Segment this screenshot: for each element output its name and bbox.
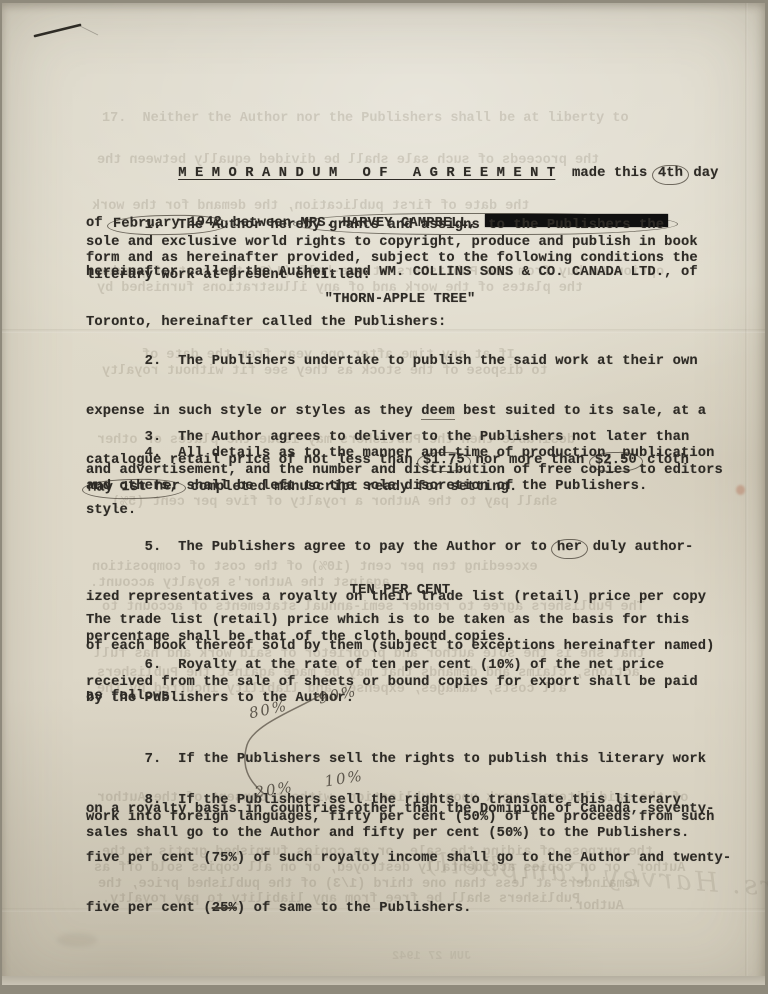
text-segment: ) of same to the Publishers. [237, 901, 472, 916]
day-suffix-text: day [685, 166, 719, 181]
clause-6-export-royalty: 6. Royalty at the rate of ten per cent (… [86, 658, 714, 708]
pencil-circle-day: 4th [652, 165, 689, 185]
contract-page: 17. Neither the Author nor the Publisher… [2, 3, 765, 985]
memorandum-title: M E M O R A N D U M O F A G R E E M E N … [178, 166, 555, 181]
text-line: five per cent (75%) of such royalty inco… [86, 851, 714, 868]
text-line: 2. The Publishers undertake to publish t… [86, 354, 714, 371]
text-line: five per cent (25%) of same to the Publi… [86, 901, 714, 918]
header-line-1: M E M O R A N D U M O F A G R E E M E N … [86, 166, 714, 183]
ghost-text-line: JUN 27 1942 [392, 949, 471, 963]
text-line: 5. The Publishers agree to pay the Autho… [86, 540, 714, 557]
trade-list-price-paragraph: The trade list (retail) price which is t… [86, 613, 714, 646]
work-title: "THORN-APPLE TREE" [86, 292, 714, 309]
pencil-strikethrough-25pct: 25% [212, 901, 237, 916]
scanned-document-photo: { "colors": { "paper": "#ddd8c8", "ink":… [0, 0, 768, 994]
clause-8-translation-rights: 8. If the Publishers sell the rights to … [86, 793, 714, 843]
text-segment: 5. The Publishers agree to pay the Autho… [86, 540, 555, 555]
clause-1-grant-of-rights: 1. The Author hereby grants and assigns … [86, 218, 714, 284]
agreement-day: 4th [658, 166, 683, 181]
text-line: 7. If the Publishers sell the rights to … [86, 752, 714, 769]
ghost-text-line: 17. Neither the Author nor the Publisher… [102, 111, 629, 126]
royalty-rate-heading: TEN PER CENT [86, 583, 714, 600]
text-segment: five per cent ( [86, 901, 212, 916]
clause-4-production-details: 4. All details as to the manner and time… [86, 446, 714, 496]
rust-stain [736, 485, 745, 495]
scan-edge-strip [2, 976, 765, 985]
corner-pen-stroke-tail [80, 26, 98, 35]
pronoun-her: her [557, 540, 582, 555]
made-this-text: made this [555, 166, 656, 181]
text-line: 3. The Author agrees to deliver to the P… [86, 430, 714, 447]
text-segment: duly author- [584, 540, 693, 555]
vertical-fold-crease [745, 3, 748, 985]
pencil-circle-her: her [551, 539, 588, 559]
corner-pen-stroke [35, 25, 80, 36]
